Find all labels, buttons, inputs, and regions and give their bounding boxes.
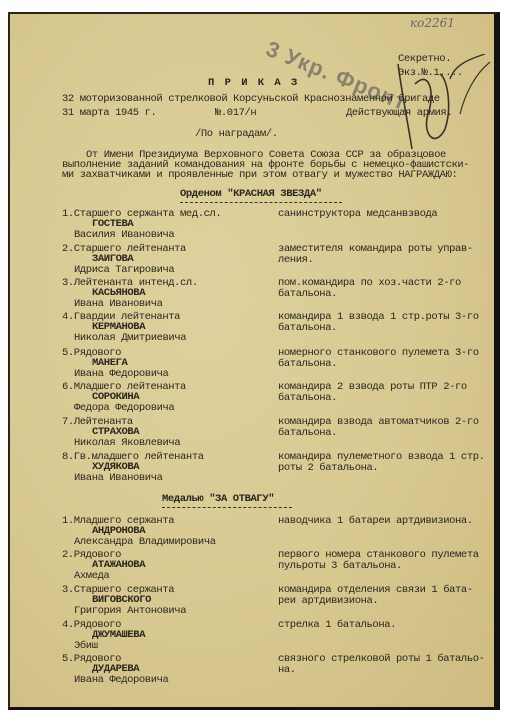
preamble-line-3: ми захватчиками и проявленные при этом о… bbox=[62, 170, 457, 181]
entry-rank: 1.Старшего сержанта мед.сл. bbox=[62, 209, 221, 220]
subject-line: /По наградам/. bbox=[195, 129, 278, 140]
entry-position: пульроты 3 батальона. bbox=[278, 561, 402, 572]
order-date: 31 марта 1945 г. bbox=[62, 108, 156, 119]
archive-number: ко2261 bbox=[410, 16, 455, 30]
copy-number: Экз.№.1.... bbox=[398, 68, 463, 79]
entry-position: батальона. bbox=[278, 359, 337, 370]
entry-position: батальона. bbox=[278, 428, 337, 439]
entry-position: реи артдивизиона. bbox=[278, 596, 378, 607]
classification-label: Секретно. bbox=[398, 54, 451, 65]
order-number: №.017/н bbox=[215, 108, 256, 119]
entry-position: батальона. bbox=[278, 289, 337, 300]
heading-underline bbox=[180, 202, 342, 203]
entry-position: роты 2 батальона. bbox=[278, 463, 378, 474]
heading-underline bbox=[162, 507, 292, 508]
entry-position: санинструктора медсанвзвода bbox=[278, 209, 437, 220]
entry-position: на. bbox=[278, 665, 296, 676]
section-heading: Орденом "КРАСНАЯ ЗВЕЗДА" bbox=[180, 189, 322, 200]
section-heading: Медалью "ЗА ОТВАГУ" bbox=[162, 494, 274, 505]
entry-position: батальона. bbox=[278, 323, 337, 334]
entry-position: наводчика 1 батареи артдивизиона. bbox=[278, 516, 473, 527]
entry-given-name: Ивана Ивановича bbox=[74, 299, 163, 310]
entry-given-name: Ахмеда bbox=[74, 571, 109, 582]
entry-position: ления. bbox=[278, 255, 313, 266]
entry-given-name: Григория Антоновича bbox=[74, 606, 186, 617]
location: Действующая армия. bbox=[346, 108, 452, 119]
unit-line: 32 моторизованной стрелковой Корсуньской… bbox=[62, 94, 440, 105]
entry-given-name: Василия Ивановича bbox=[74, 230, 174, 241]
entry-position: стрелка 1 батальона. bbox=[278, 620, 396, 631]
entry-position: батальона. bbox=[278, 393, 337, 404]
entry-given-name: Идриса Тагировича bbox=[74, 265, 174, 276]
entry-given-name: Николая Дмитриевича bbox=[74, 333, 186, 344]
entry-given-name: Ивана Федоровича bbox=[74, 369, 168, 380]
entry-given-name: Эбиш bbox=[74, 641, 98, 652]
entry-given-name: Александра Владимировича bbox=[74, 537, 216, 548]
document-title: П Р И К А З bbox=[208, 78, 299, 89]
entry-given-name: Ивана Ивановича bbox=[74, 473, 163, 484]
document-page: ко2261 3 Укр. Фронт Секретно. Экз.№.1...… bbox=[8, 12, 500, 710]
entry-given-name: Федора Федоровича bbox=[74, 403, 174, 414]
entry-position: связного стрелковой роты 1 батальо- bbox=[278, 654, 485, 665]
entry-surname: ДЖУМАШЕВА bbox=[92, 630, 145, 641]
entry-given-name: Николая Яковлевича bbox=[74, 438, 180, 449]
entry-given-name: Ивана Федоровича bbox=[74, 675, 168, 686]
